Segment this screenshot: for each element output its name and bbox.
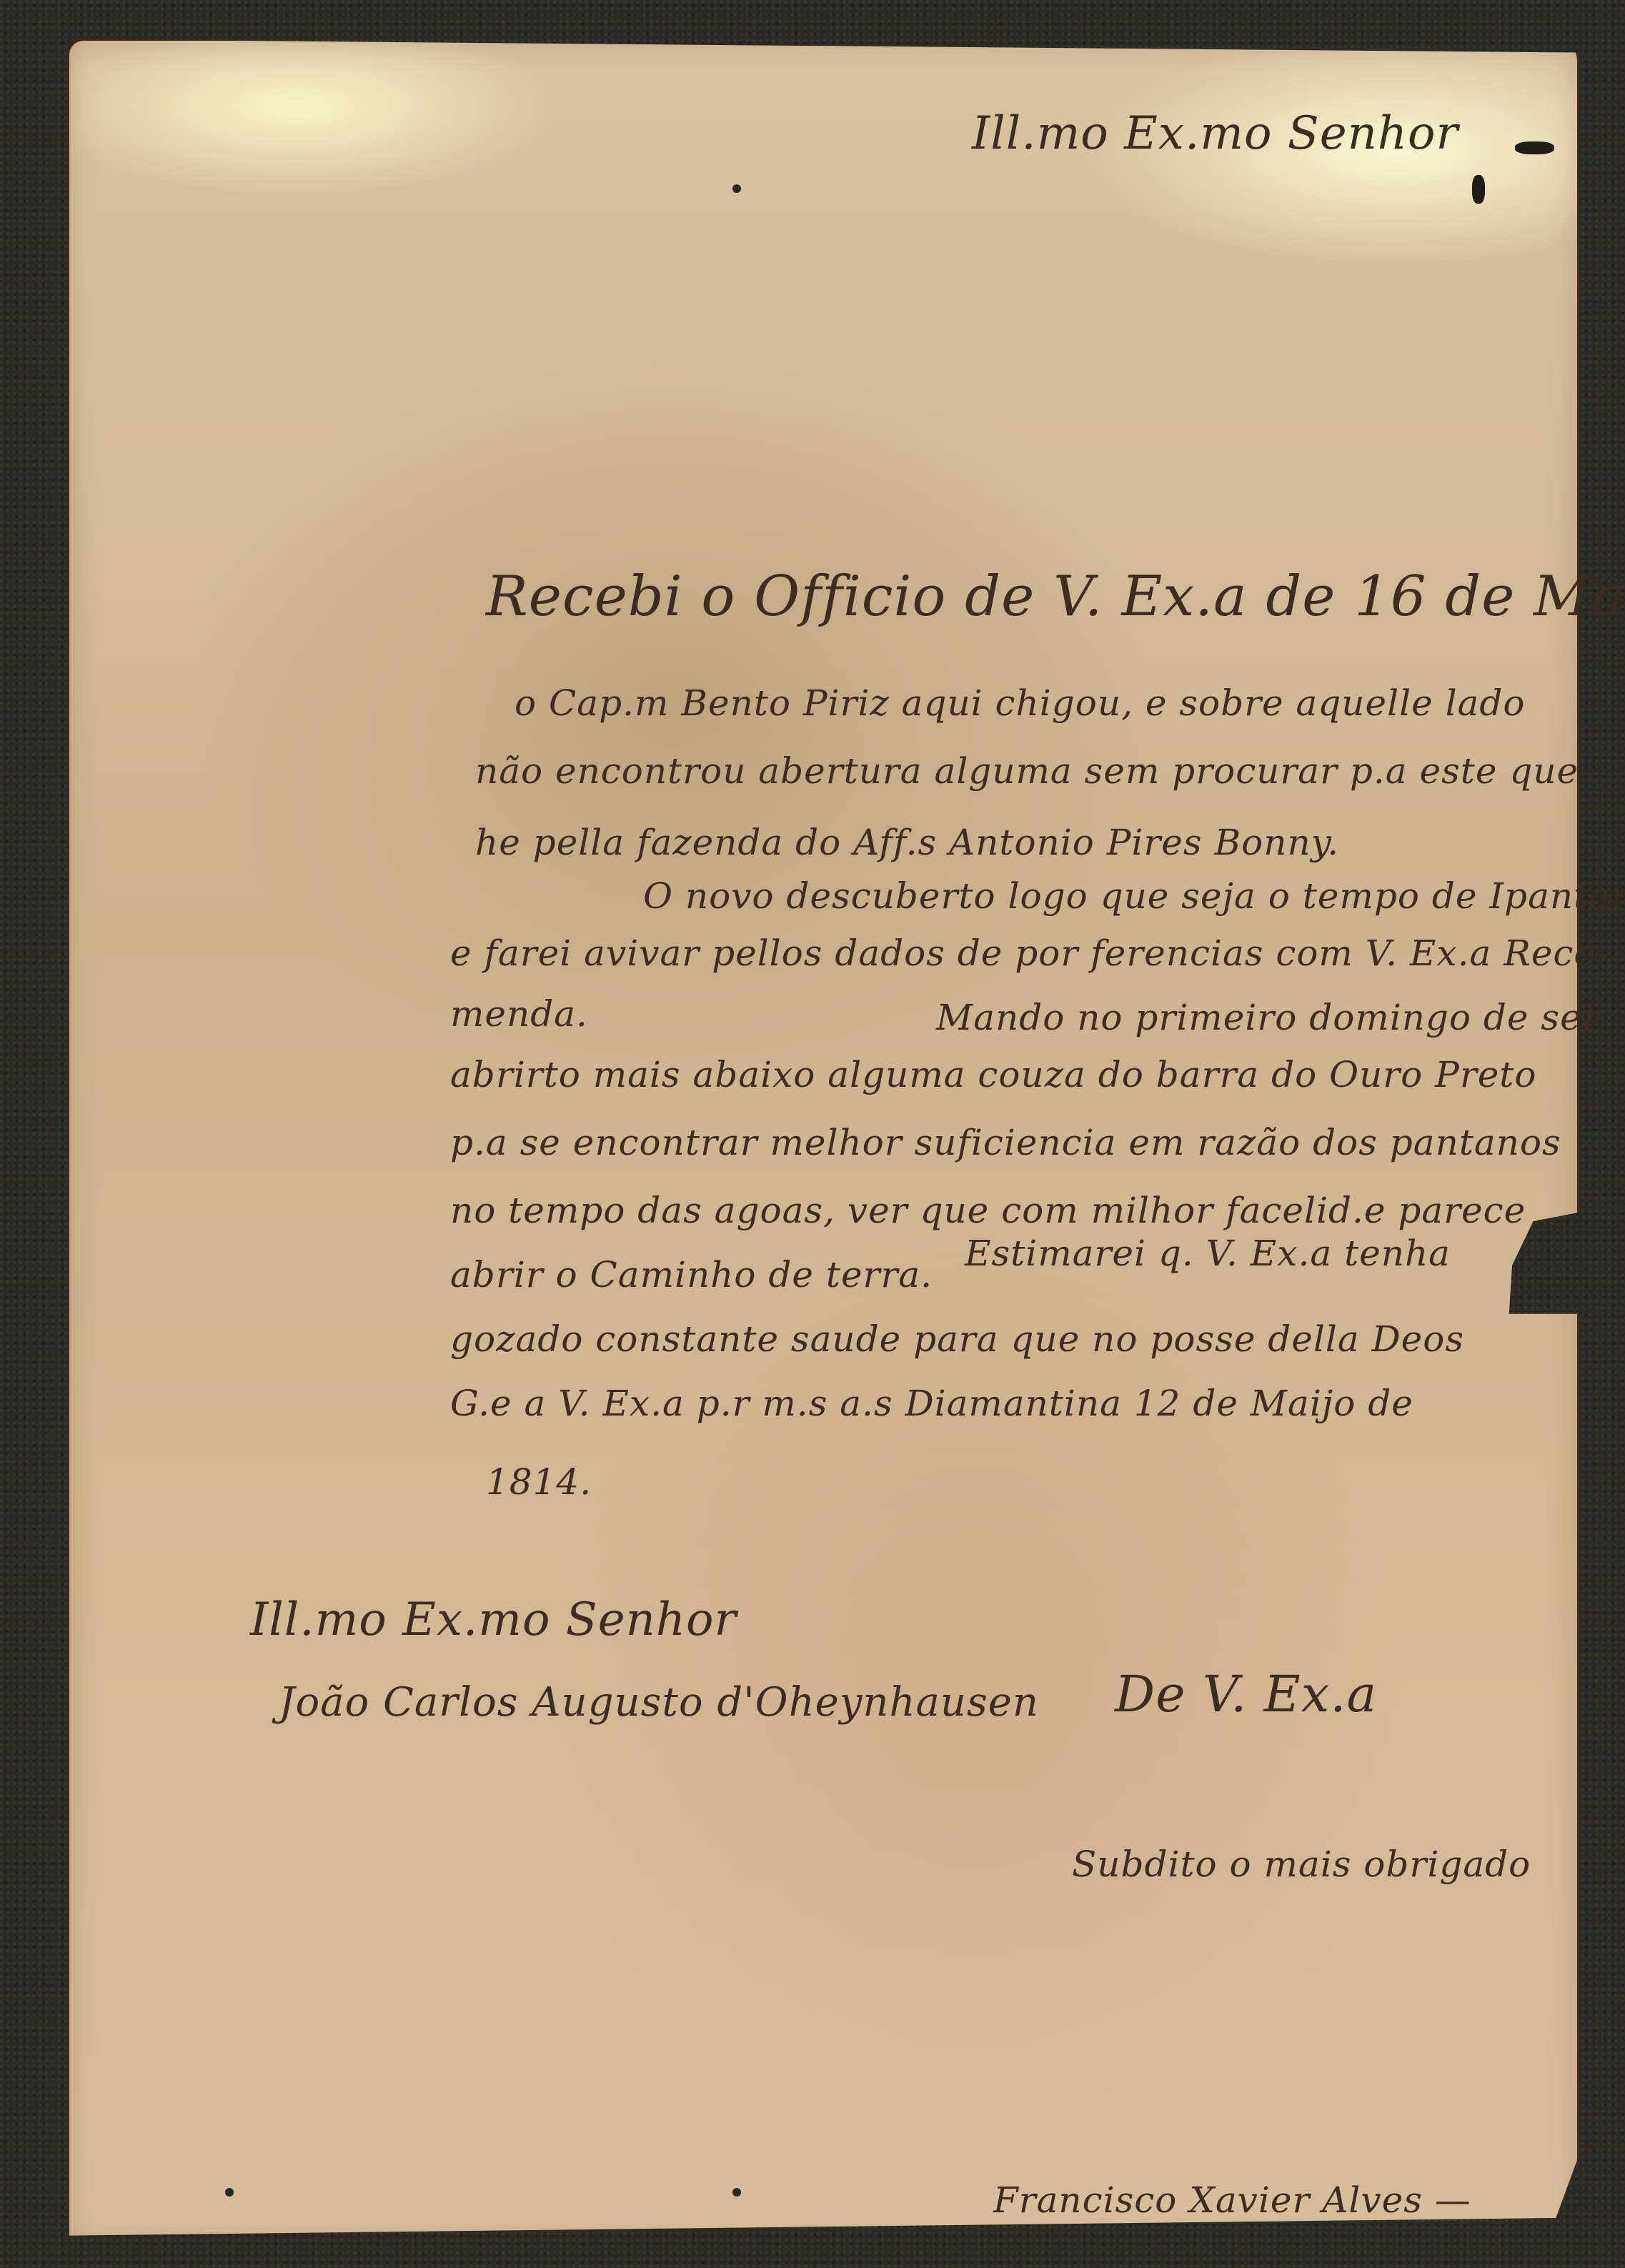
pin-hole bbox=[732, 184, 741, 193]
pin-hole bbox=[732, 2188, 741, 2197]
letter-line: he pella fazenda do Aff.s Antonio Pires … bbox=[475, 822, 1339, 863]
ink-blot bbox=[1472, 175, 1485, 204]
letter-line: p.a se encontrar melhor suficiencia em r… bbox=[450, 1122, 1561, 1163]
salutation-top: Ill.mo Ex.mo Senhor bbox=[972, 107, 1458, 160]
letter-line: abrirto mais abaixo alguma couza do barr… bbox=[450, 1054, 1537, 1095]
letter-date-year: 1814. bbox=[486, 1461, 592, 1503]
closing: De V. Ex.a bbox=[1115, 1665, 1377, 1724]
ink-blot bbox=[1515, 141, 1554, 154]
letter-line: não encontrou abertura alguma sem procur… bbox=[475, 750, 1579, 792]
letter-line: O novo descuberto logo que seja o tempo … bbox=[643, 875, 1625, 917]
pin-hole bbox=[225, 2188, 234, 2197]
addressee-honorific: Ill.mo Ex.mo Senhor bbox=[250, 1593, 737, 1646]
letter-line: gozado constante saude para que no posse… bbox=[450, 1318, 1464, 1360]
closing-sub: Subdito o mais obrigado bbox=[1072, 1844, 1531, 1885]
letter-line: abrir o Caminho de terra. bbox=[450, 1254, 933, 1295]
letter-line: G.e a V. Ex.a p.r m.s a.s Diamantina 12 … bbox=[450, 1383, 1413, 1424]
letter-line: e farei avivar pellos dados de por feren… bbox=[450, 932, 1609, 974]
letter-line: no tempo das agoas, ver que com milhor f… bbox=[450, 1190, 1526, 1231]
signature: Francisco Xavier Alves — bbox=[993, 2179, 1471, 2221]
letter-line: menda. bbox=[450, 993, 588, 1035]
letter-line: Estimarei q. V. Ex.a tenha bbox=[965, 1233, 1451, 1274]
letter-opening-line: Recebi o Officio de V. Ex.a de 16 de Mai… bbox=[486, 564, 1625, 629]
letter-line: Mando no primeiro domingo de ser bbox=[936, 997, 1600, 1038]
letter-line: o Cap.m Bento Piriz aqui chigou, e sobre… bbox=[515, 682, 1525, 724]
addressee-name: João Carlos Augusto d'Oheynhausen bbox=[279, 1679, 1039, 1726]
